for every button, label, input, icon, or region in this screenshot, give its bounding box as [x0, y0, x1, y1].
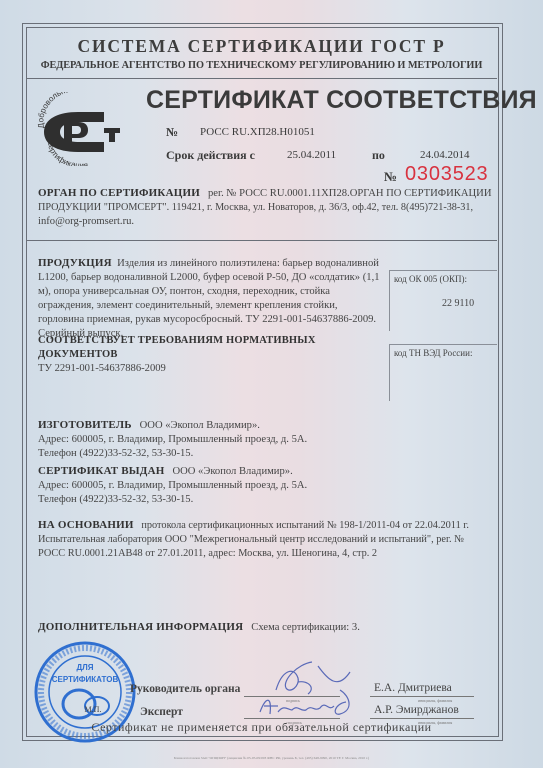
- expert-name: А.Р. Эмирджанов: [374, 703, 459, 717]
- basis-laboratory: Испытательная лаборатория ООО "Межрегион…: [38, 534, 464, 545]
- print-note: Бланк изготовлен ЗАО "ОПЦИОН" (лицензия …: [0, 756, 543, 760]
- valid-from-date: 25.04.2011: [287, 149, 336, 161]
- certification-body-line2: ПРОДУКЦИИ "ПРОМСЕРТ". 119421, г. Москва,…: [38, 202, 473, 213]
- conformity-label: СООТВЕТСТВУЕТ ТРЕБОВАНИЯМ НОРМАТИВНЫХ ДО…: [38, 335, 316, 360]
- basis-label: НА ОСНОВАНИИ: [38, 519, 134, 531]
- tnved-code-label: код ТН ВЭД России:: [394, 348, 472, 358]
- certificate-number-label: №: [166, 125, 178, 140]
- product-line: горловина приемная, рукав мусоросбросный…: [38, 314, 376, 325]
- serial-number: 0303523: [405, 163, 488, 186]
- product-line: ограждения, элемент соединительный, элем…: [38, 300, 338, 311]
- okp-code-label: код ОК 005 (ОКП):: [394, 274, 467, 284]
- valid-to-label: по: [372, 148, 385, 163]
- svg-text:М.П.: М.П.: [85, 705, 102, 714]
- additional-info-label: ДОПОЛНИТЕЛЬНАЯ ИНФОРМАЦИЯ: [38, 621, 243, 633]
- svg-text:СЕРТИФИКАТОВ: СЕРТИФИКАТОВ: [52, 675, 119, 684]
- certification-body-line1: рег. № РОСС RU.0001.11ХП28.ОРГАН ПО СЕРТ…: [208, 188, 492, 199]
- certification-body-section: ОРГАН ПО СЕРТИФИКАЦИИ рег. № РОСС RU.000…: [38, 186, 498, 229]
- validity-label: Срок действия с: [166, 148, 255, 163]
- manufacturer-name: ООО «Экопол Владимир».: [140, 420, 260, 431]
- certificate-number: РОСС RU.ХП28.Н01051: [200, 126, 315, 138]
- product-line: Изделия из линейного полиэтилена: барьер…: [117, 258, 379, 269]
- additional-info-section: ДОПОЛНИТЕЛЬНАЯ ИНФОРМАЦИЯ Схема сертифик…: [38, 620, 498, 635]
- svg-text:ДЛЯ: ДЛЯ: [76, 663, 93, 672]
- issued-to-address: Адрес: 600005, г. Владимир, Промышленный…: [38, 480, 307, 491]
- product-section: ПРОДУКЦИЯ Изделия из линейного полиэтиле…: [38, 256, 388, 341]
- certification-body-email: info@org-promsert.ru.: [38, 216, 134, 227]
- head-signatory-label: Руководитель органа: [130, 682, 240, 696]
- product-line: м), опора универсальная ОУ, понтон, сход…: [38, 286, 330, 297]
- valid-to-date: 24.04.2014: [420, 149, 470, 161]
- agency-heading: ФЕДЕРАЛЬНОЕ АГЕНТСТВО ПО ТЕХНИЧЕСКОМУ РЕ…: [26, 60, 497, 71]
- manufacturer-section: ИЗГОТОВИТЕЛЬ ООО «Экопол Владимир». Адре…: [38, 418, 498, 461]
- issued-to-section: СЕРТИФИКАТ ВЫДАН ООО «Экопол Владимир». …: [38, 464, 498, 507]
- basis-section: НА ОСНОВАНИИ протокола сертификационных …: [38, 518, 500, 561]
- certification-body-label: ОРГАН ПО СЕРТИФИКАЦИИ: [38, 187, 200, 199]
- section-divider: [26, 240, 497, 241]
- conformity-section: СООТВЕТСТВУЕТ ТРЕБОВАНИЯМ НОРМАТИВНЫХ ДО…: [38, 334, 398, 376]
- serial-number-label: №: [384, 169, 397, 185]
- expert-label: Эксперт: [140, 705, 183, 719]
- product-label: ПРОДУКЦИЯ: [38, 257, 112, 269]
- expert-signature-icon: [254, 686, 364, 722]
- conformity-document: ТУ 2291-001-54637886-2009: [38, 363, 166, 374]
- issued-to-phone: Телефон (4922)33-52-32, 53-30-15.: [38, 494, 193, 505]
- rst-logo-icon: Добровольная сертификация: [34, 92, 124, 166]
- footer-note: Сертификат не применяется при обязательн…: [26, 720, 497, 735]
- head-name: Е.А. Дмитриева: [374, 681, 452, 695]
- manufacturer-phone: Телефон (4922)33-52-32, 53-30-15.: [38, 448, 193, 459]
- issued-to-label: СЕРТИФИКАТ ВЫДАН: [38, 465, 164, 477]
- manufacturer-label: ИЗГОТОВИТЕЛЬ: [38, 419, 132, 431]
- manufacturer-address: Адрес: 600005, г. Владимир, Промышленный…: [38, 434, 307, 445]
- document-title: СЕРТИФИКАТ СООТВЕТСТВИЯ: [146, 86, 537, 115]
- header-divider: [26, 78, 497, 79]
- head-name-line: [370, 696, 474, 697]
- system-heading: СИСТЕМА СЕРТИФИКАЦИИ ГОСТ Р: [26, 36, 497, 57]
- expert-name-line: [370, 718, 474, 719]
- basis-registration: РОСС RU.0001.21АВ48 от 27.01.2011, адрес…: [38, 548, 377, 559]
- issued-to-name: ООО «Экопол Владимир».: [172, 466, 292, 477]
- basis-protocol: протокола сертификационных испытаний № 1…: [141, 520, 469, 531]
- certification-scheme: Схема сертификации: 3.: [251, 622, 360, 633]
- okp-code-value: 22 9110: [442, 298, 474, 309]
- product-line: L1200, барьер водоналивной L2000, буфер …: [38, 272, 380, 283]
